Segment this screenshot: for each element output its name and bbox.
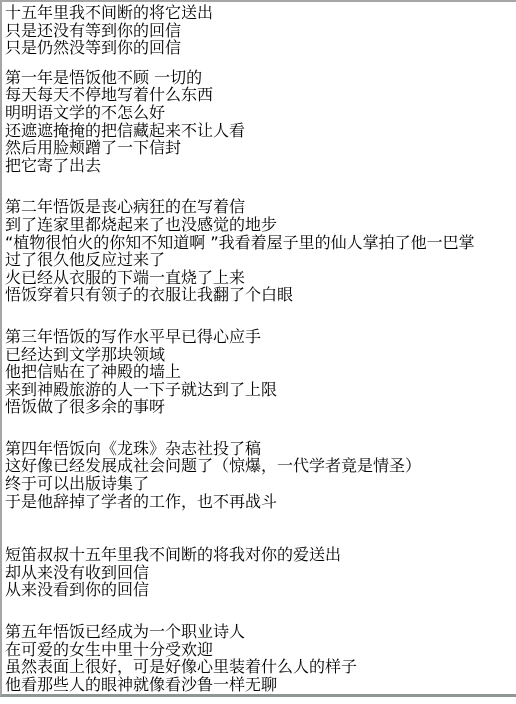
text-line: 已经达到文学那块领域 [5, 346, 516, 364]
blank-line [5, 174, 516, 186]
text-line: 第四年悟饭向《龙珠》杂志社投了稿 [5, 440, 516, 458]
text-line: 第一年是悟饭他不顾 一切的 [5, 69, 516, 87]
text-line: 明明语文学的不怎么好 [5, 104, 516, 122]
blank-line [5, 304, 516, 316]
text-line: “植物很怕火的你知不知道啊 ”我看着屋子里的仙人掌拍了他一巴掌 [5, 234, 516, 252]
text-line: 每天每天不停地写着什么东西 [5, 86, 516, 104]
blank-line [5, 599, 516, 611]
text-line: 悟饭穿着只有领子的衣服让我翻了个白眼 [5, 286, 516, 304]
blank-line [5, 416, 516, 428]
text-line: 他看那些人的眼神就像看沙鲁一样无聊 [5, 676, 516, 694]
document-frame: 十五年里我不间断的将它送出只是还没有等到你的回信只是仍然没等到你的回信第一年是悟… [0, 0, 516, 697]
text-line: 还遮遮掩掩的把信藏起来不让人看 [5, 122, 516, 140]
text-document: 十五年里我不间断的将它送出只是还没有等到你的回信只是仍然没等到你的回信第一年是悟… [5, 4, 516, 693]
text-line: 第三年悟饭的写作水平早已得心应手 [5, 328, 516, 346]
text-line: 只是仍然没等到你的回信 [5, 39, 516, 57]
text-line: 在可爱的女生中里十分受欢迎 [5, 641, 516, 659]
text-line: 第五年悟饭已经成为一个职业诗人 [5, 623, 516, 641]
text-line: 把它寄了出去 [5, 157, 516, 175]
text-line: 短笛叔叔十五年里我不间断的将我对你的爱送出 [5, 546, 516, 564]
text-line: 却从来没有收到回信 [5, 564, 516, 582]
bottom-margin [0, 697, 516, 704]
text-line: 从来没看到你的回信 [5, 581, 516, 599]
text-line: 过了很久他反应过来了 [5, 251, 516, 269]
text-line: 他把信贴在了神殿的墙上 [5, 363, 516, 381]
text-line: 只是还没有等到你的回信 [5, 22, 516, 40]
text-line: 这好像已经发展成社会问题了（惊爆，一代学者竟是情圣） [5, 457, 516, 475]
text-line: 终于可以出版诗集了 [5, 475, 516, 493]
text-line: 然后用脸颊蹭了一下信封 [5, 139, 516, 157]
text-line: 火已经从衣服的下端一直烧了上来 [5, 269, 516, 287]
blank-line [5, 522, 516, 534]
blank-line [5, 57, 516, 69]
text-line: 来到神殿旅游的人一下子就达到了上限 [5, 381, 516, 399]
text-line: 于是他辞掉了学者的工作，也不再战斗 [5, 493, 516, 511]
text-line: 十五年里我不间断的将它送出 [5, 4, 516, 22]
text-line: 到了连家里都烧起来了也没感觉的地步 [5, 216, 516, 234]
text-line: 虽然表面上很好，可是好像心里装着什么人的样子 [5, 658, 516, 676]
text-line: 第二年悟饭是丧心病狂的在写着信 [5, 198, 516, 216]
text-line: 悟饭做了很多余的事呀 [5, 398, 516, 416]
blank-line [5, 510, 516, 522]
